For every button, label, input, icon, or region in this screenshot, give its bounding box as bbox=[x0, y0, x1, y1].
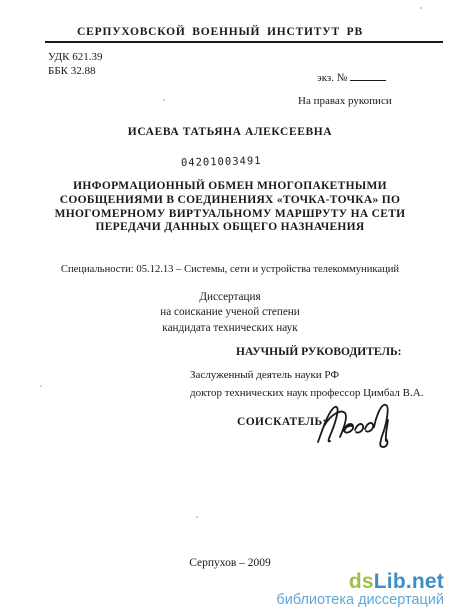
dslib-logo[interactable]: dsLib.net bbox=[276, 571, 444, 593]
udk-bbk-codes: УДК 621.39 ББК 32.88 bbox=[48, 50, 103, 78]
manuscript-rights-note: На правах рукописи bbox=[298, 95, 392, 107]
city-year: Серпухов – 2009 bbox=[10, 557, 450, 569]
institute-name: СЕРПУХОВСКОЙ ВОЕННЫЙ ИНСТИТУТ РВ bbox=[0, 26, 440, 38]
title-line: ПЕРЕДАЧИ ДАННЫХ ОБЩЕГО НАЗНАЧЕНИЯ bbox=[10, 221, 450, 235]
title-line: СООБЩЕНИЯМИ В СОЕДИНЕНИЯХ «ТОЧКА-ТОЧКА» … bbox=[10, 194, 450, 208]
registration-stamp-number: 04201003491 bbox=[181, 155, 262, 169]
scan-speck bbox=[163, 99, 165, 101]
copy-number-blank-line bbox=[350, 69, 386, 81]
thesis-degree-block: Диссертация на соискание ученой степени … bbox=[10, 290, 450, 336]
thesis-line: Диссертация bbox=[10, 290, 450, 305]
scan-speck bbox=[40, 385, 42, 387]
header-rule bbox=[45, 41, 443, 43]
dissertation-title: ИНФОРМАЦИОННЫЙ ОБМЕН МНОГОПАКЕТНЫМИ СООБ… bbox=[10, 180, 450, 235]
supervisor-line: Заслуженный деятель науки РФ bbox=[190, 367, 423, 385]
title-line: МНОГОМЕРНОМУ ВИРТУАЛЬНОМУ МАРШРУТУ НА СЕ… bbox=[10, 208, 450, 222]
copy-number-label: экз. № bbox=[317, 72, 347, 84]
thesis-line: кандидата технических наук bbox=[10, 321, 450, 336]
dslib-logo-blue-part: Lib.net bbox=[374, 570, 444, 593]
dslib-logo-green-part: ds bbox=[349, 570, 374, 593]
scan-speck bbox=[420, 7, 422, 9]
supervisor-credentials: Заслуженный деятель науки РФ доктор техн… bbox=[190, 367, 423, 402]
copy-number-field: экз. № bbox=[317, 69, 386, 84]
title-line: ИНФОРМАЦИОННЫЙ ОБМЕН МНОГОПАКЕТНЫМИ bbox=[10, 180, 450, 194]
specialty-line: Специальности: 05.12.13 – Системы, сети … bbox=[10, 264, 450, 275]
supervisor-heading: НАУЧНЫЙ РУКОВОДИТЕЛЬ: bbox=[236, 346, 401, 358]
scan-speck bbox=[196, 516, 198, 518]
dissertation-title-page: СЕРПУХОВСКОЙ ВОЕННЫЙ ИНСТИТУТ РВ УДК 621… bbox=[0, 0, 450, 616]
dslib-watermark[interactable]: dsLib.net библиотека диссертаций bbox=[276, 571, 444, 608]
applicant-signature bbox=[312, 398, 402, 450]
thesis-line: на соискание ученой степени bbox=[10, 305, 450, 320]
author-name: ИСАЕВА ТАТЬЯНА АЛЕКСЕЕВНА bbox=[10, 126, 450, 138]
dslib-subtitle: библиотека диссертаций bbox=[276, 593, 444, 608]
